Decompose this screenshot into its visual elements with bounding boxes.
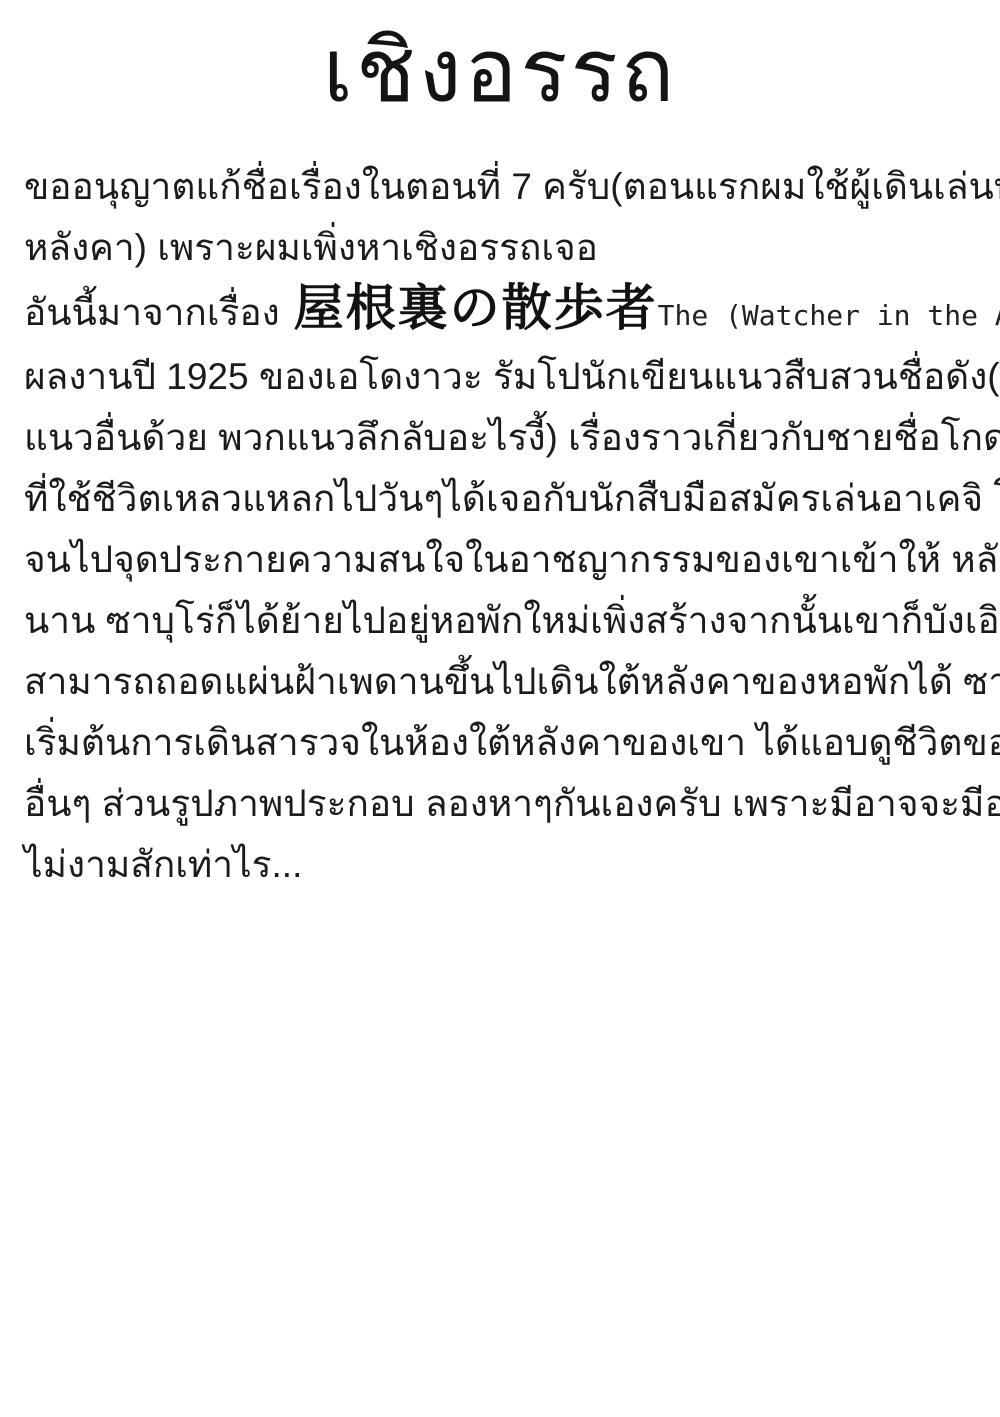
text-line: ขออนุญาตแก้ชื่อเรื่องในตอนที่ 7 ครับ(ตอน… xyxy=(24,156,976,217)
work-title-japanese: 屋根裏の散歩者 xyxy=(294,278,658,339)
footnote-page: เชิงอรรถ ขออนุญาตแก้ชื่อเรื่องในตอนที่ 7… xyxy=(0,0,1000,1417)
text-line: จนไปจุดประกายความสนใจในอาชญากรรมของเขาเข… xyxy=(24,529,976,590)
text-line: ไม่งามสักเท่าไร... xyxy=(24,834,976,895)
text-line: ผลงานปี 1925 ของเอโดงาวะ รัมโปนักเขียนแน… xyxy=(24,346,976,407)
text-line: สามารถถอดแผ่นฝ้าเพดานขึ้นไปเดินใต้หลังคา… xyxy=(24,651,976,712)
text-line: เริ่มต้นการเดินสารวจในห้องใต้หลังคาของเข… xyxy=(24,712,976,773)
note-paragraph: ขออนุญาตแก้ชื่อเรื่องในตอนที่ 7 ครับ(ตอน… xyxy=(24,156,976,895)
work-title-prefix: อันนี้มาจากเรื่อง xyxy=(24,282,280,343)
work-title-line: อันนี้มาจากเรื่อง 屋根裏の散歩者 The (Watcher i… xyxy=(24,278,976,346)
work-title-english: The (Watcher in the Attic) xyxy=(658,285,1000,346)
text-line: ที่ใช้ชีวิตเหลวแหลกไปวันๆได้เจอกับนักสืบ… xyxy=(24,468,976,529)
text-line: แนวอื่นด้วย พวกแนวลึกลับอะไรงี้) เรื่องร… xyxy=(24,407,976,468)
text-line: นาน ซาบุโร่ก็ได้ย้ายไปอยู่หอพักใหม่เพิ่ง… xyxy=(24,590,976,651)
text-line: อื่นๆ ส่วนรูปภาพประกอบ ลองหาๆกันเองครับ … xyxy=(24,773,976,834)
page-title: เชิงอรรถ xyxy=(0,0,1000,126)
text-line: หลังคา) เพราะผมเพิ่งหาเชิงอรรถเจอ xyxy=(24,217,976,278)
